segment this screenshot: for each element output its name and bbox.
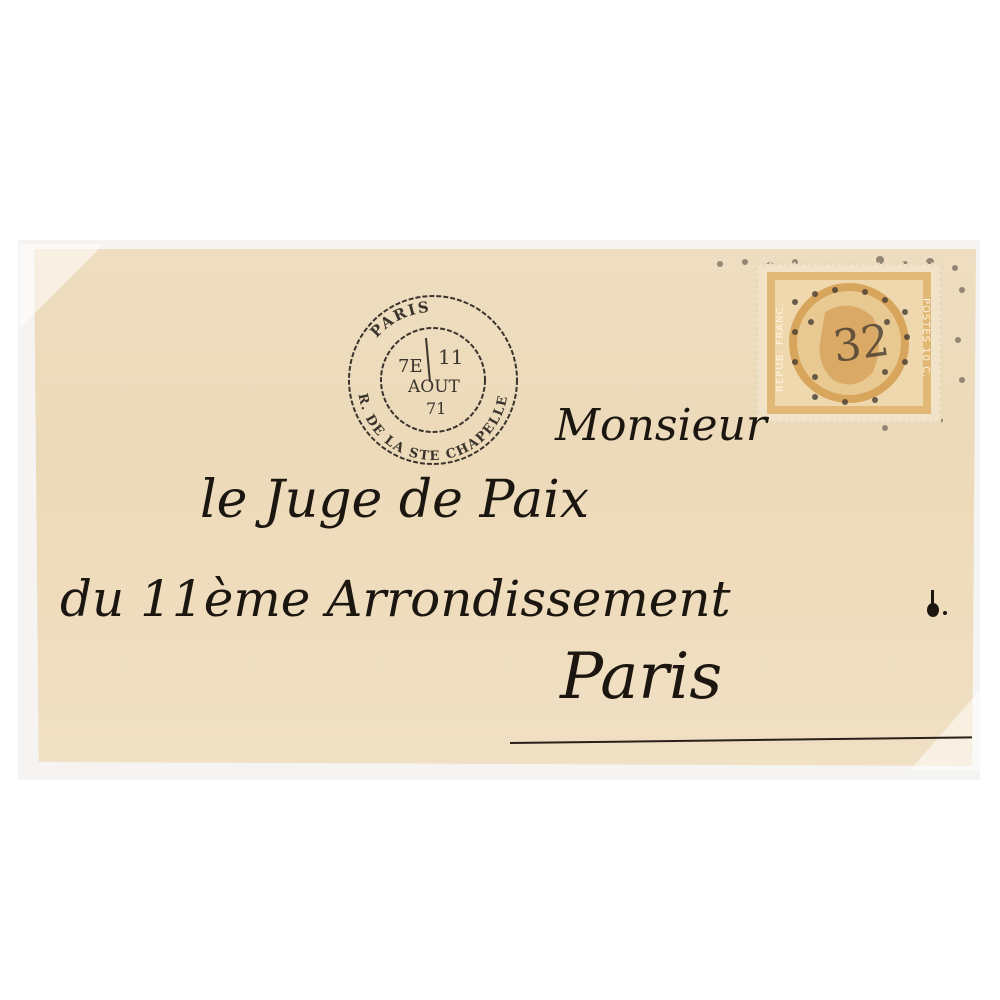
postmark-city: PARIS [367, 298, 432, 341]
postmark-month: AOUT [407, 377, 461, 397]
address-line-3: du 11ème Arrondissement [60, 570, 731, 628]
cancel-number: 32 [830, 315, 893, 373]
ceres-postage-stamp: REPUB. FRANC. POSTES 10 C. 32 [755, 262, 943, 424]
postmark-year: 71 [426, 399, 446, 418]
address-line-4: Paris [560, 640, 722, 714]
svg-text:PARIS: PARIS [367, 298, 432, 341]
stamp-country-label: REPUB. FRANC. [775, 302, 786, 392]
postmark-collection: 7E [398, 356, 423, 377]
address-line-2: le Juge de Paix [200, 470, 589, 530]
postmark-day: 11 [438, 345, 463, 369]
ink-blot [915, 585, 955, 635]
postmark-circular-datestamp: PARIS R. DE LA STE CHAPELLE 7E 11 AOUT 7… [338, 290, 528, 470]
stamp-value-label: POSTES 10 C. [920, 298, 931, 378]
address-line-1: Monsieur [555, 400, 767, 451]
